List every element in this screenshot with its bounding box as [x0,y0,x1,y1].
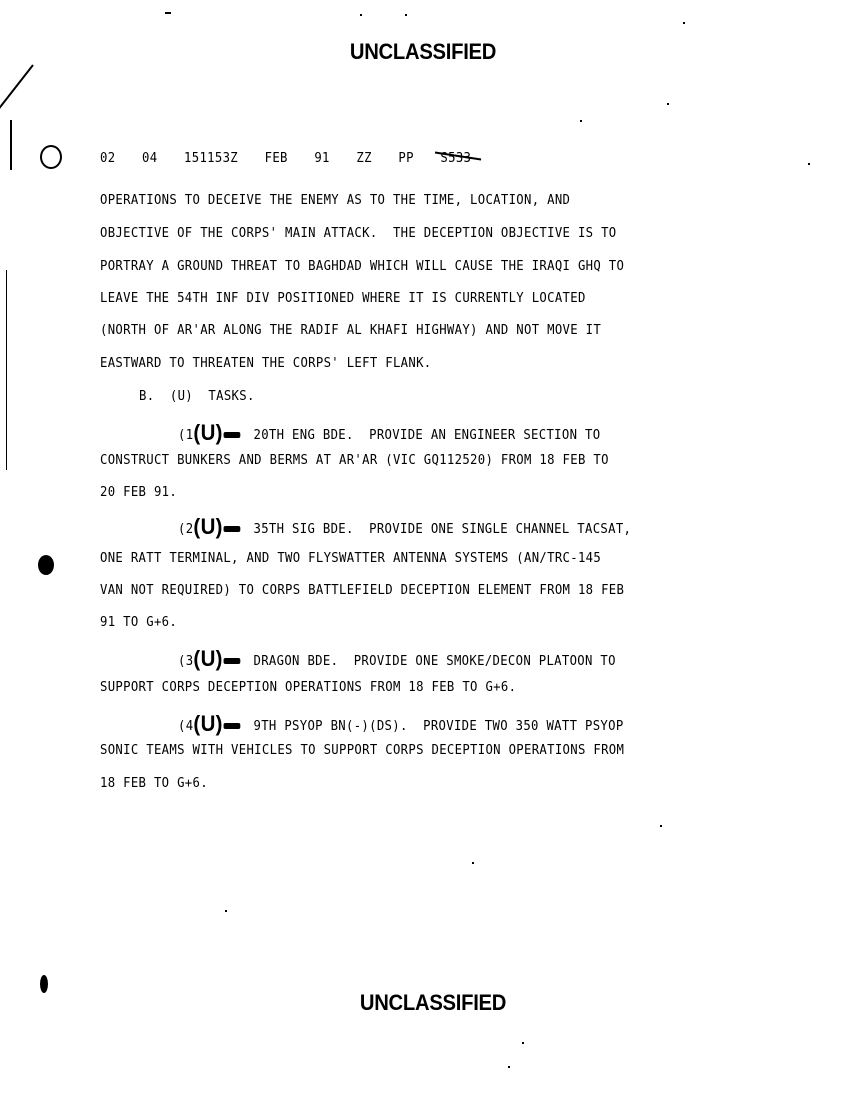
redaction-mark [224,723,241,729]
task-2-heading: (2(U)35TH SIG BDE. PROVIDE ONE SINGLE CH… [178,513,631,539]
classification-marking: (U) [170,389,193,404]
message-header: 02 04 151153Z FEB 91 ZZ PP S533 [100,151,471,166]
header-field: 04 [142,151,157,166]
portion-marking: (U) [193,420,222,446]
document-page: UNCLASSIFIED 02 04 151153Z FEB 91 ZZ PP … [0,0,850,1094]
margin-pen-mark [0,64,34,136]
header-field: ZZ [356,151,371,166]
margin-bracket-mark [10,120,12,170]
margin-circle-mark [40,145,62,169]
classification-banner-bottom: UNCLASSIFIED [42,990,824,1016]
scan-speck [360,14,362,16]
body-line: PORTRAY A GROUND THREAT TO BAGHDAD WHICH… [100,259,624,274]
task-3-heading: (3(U)DRAGON BDE. PROVIDE ONE SMOKE/DECON… [178,645,616,671]
classification-banner-top: UNCLASSIFIED [32,39,814,65]
body-line: OPERATIONS TO DECEIVE THE ENEMY AS TO TH… [100,193,570,208]
portion-marking: (U) [193,646,222,672]
margin-rule-mark [6,270,7,470]
body-line: CONSTRUCT BUNKERS AND BERMS AT AR'AR (VI… [100,453,609,468]
scan-speck [225,910,227,912]
punch-hole-mark [38,555,54,575]
scan-speck [522,1042,524,1044]
scan-speck [683,22,685,24]
task-text: 9TH PSYOP BN(-)(DS). PROVIDE TWO 350 WAT… [254,719,624,734]
header-field: FEB [265,151,288,166]
body-line: 91 TO G+6. [100,615,177,630]
header-dtg: 151153Z [184,151,238,166]
header-field: PP [398,151,413,166]
portion-marking: (U) [193,514,222,540]
body-line: OBJECTIVE OF THE CORPS' MAIN ATTACK. THE… [100,226,617,241]
task-number: (3 [178,654,193,669]
section-title: TASKS. [208,389,254,404]
body-line: LEAVE THE 54TH INF DIV POSITIONED WHERE … [100,291,586,306]
body-line: SUPPORT CORPS DECEPTION OPERATIONS FROM … [100,680,516,695]
redaction-mark [224,432,241,438]
scan-speck [660,825,662,827]
scan-speck [580,120,582,122]
task-1-heading: (1(U)20TH ENG BDE. PROVIDE AN ENGINEER S… [178,419,600,445]
portion-marking: (U) [193,711,222,737]
redaction-mark [224,526,241,532]
body-line: EASTWARD TO THREATEN THE CORPS' LEFT FLA… [100,356,432,371]
header-field: 91 [314,151,329,166]
section-label: B. [139,389,154,404]
task-number: (1 [178,428,193,443]
scan-speck [508,1066,510,1068]
task-text: 20TH ENG BDE. PROVIDE AN ENGINEER SECTIO… [254,428,601,443]
struck-classification: S533 [440,151,471,166]
scan-speck [165,12,171,14]
body-line: 20 FEB 91. [100,485,177,500]
body-line: VAN NOT REQUIRED) TO CORPS BATTLEFIELD D… [100,583,624,598]
section-b-heading: B. (U) TASKS. [139,389,255,404]
scan-speck [667,103,669,105]
body-line: 18 FEB TO G+6. [100,776,208,791]
task-number: (2 [178,522,193,537]
body-line: ONE RATT TERMINAL, AND TWO FLYSWATTER AN… [100,551,601,566]
scan-speck [808,163,810,165]
header-field: 02 [100,151,115,166]
task-number: (4 [178,719,193,734]
scan-speck [472,862,474,864]
body-line: (NORTH OF AR'AR ALONG THE RADIF AL KHAFI… [100,323,601,338]
task-text: DRAGON BDE. PROVIDE ONE SMOKE/DECON PLAT… [254,654,616,669]
task-4-heading: (4(U)9TH PSYOP BN(-)(DS). PROVIDE TWO 35… [178,710,624,736]
scan-speck [405,14,407,16]
body-line: SONIC TEAMS WITH VEHICLES TO SUPPORT COR… [100,743,624,758]
redaction-mark [224,658,241,664]
task-text: 35TH SIG BDE. PROVIDE ONE SINGLE CHANNEL… [254,522,632,537]
